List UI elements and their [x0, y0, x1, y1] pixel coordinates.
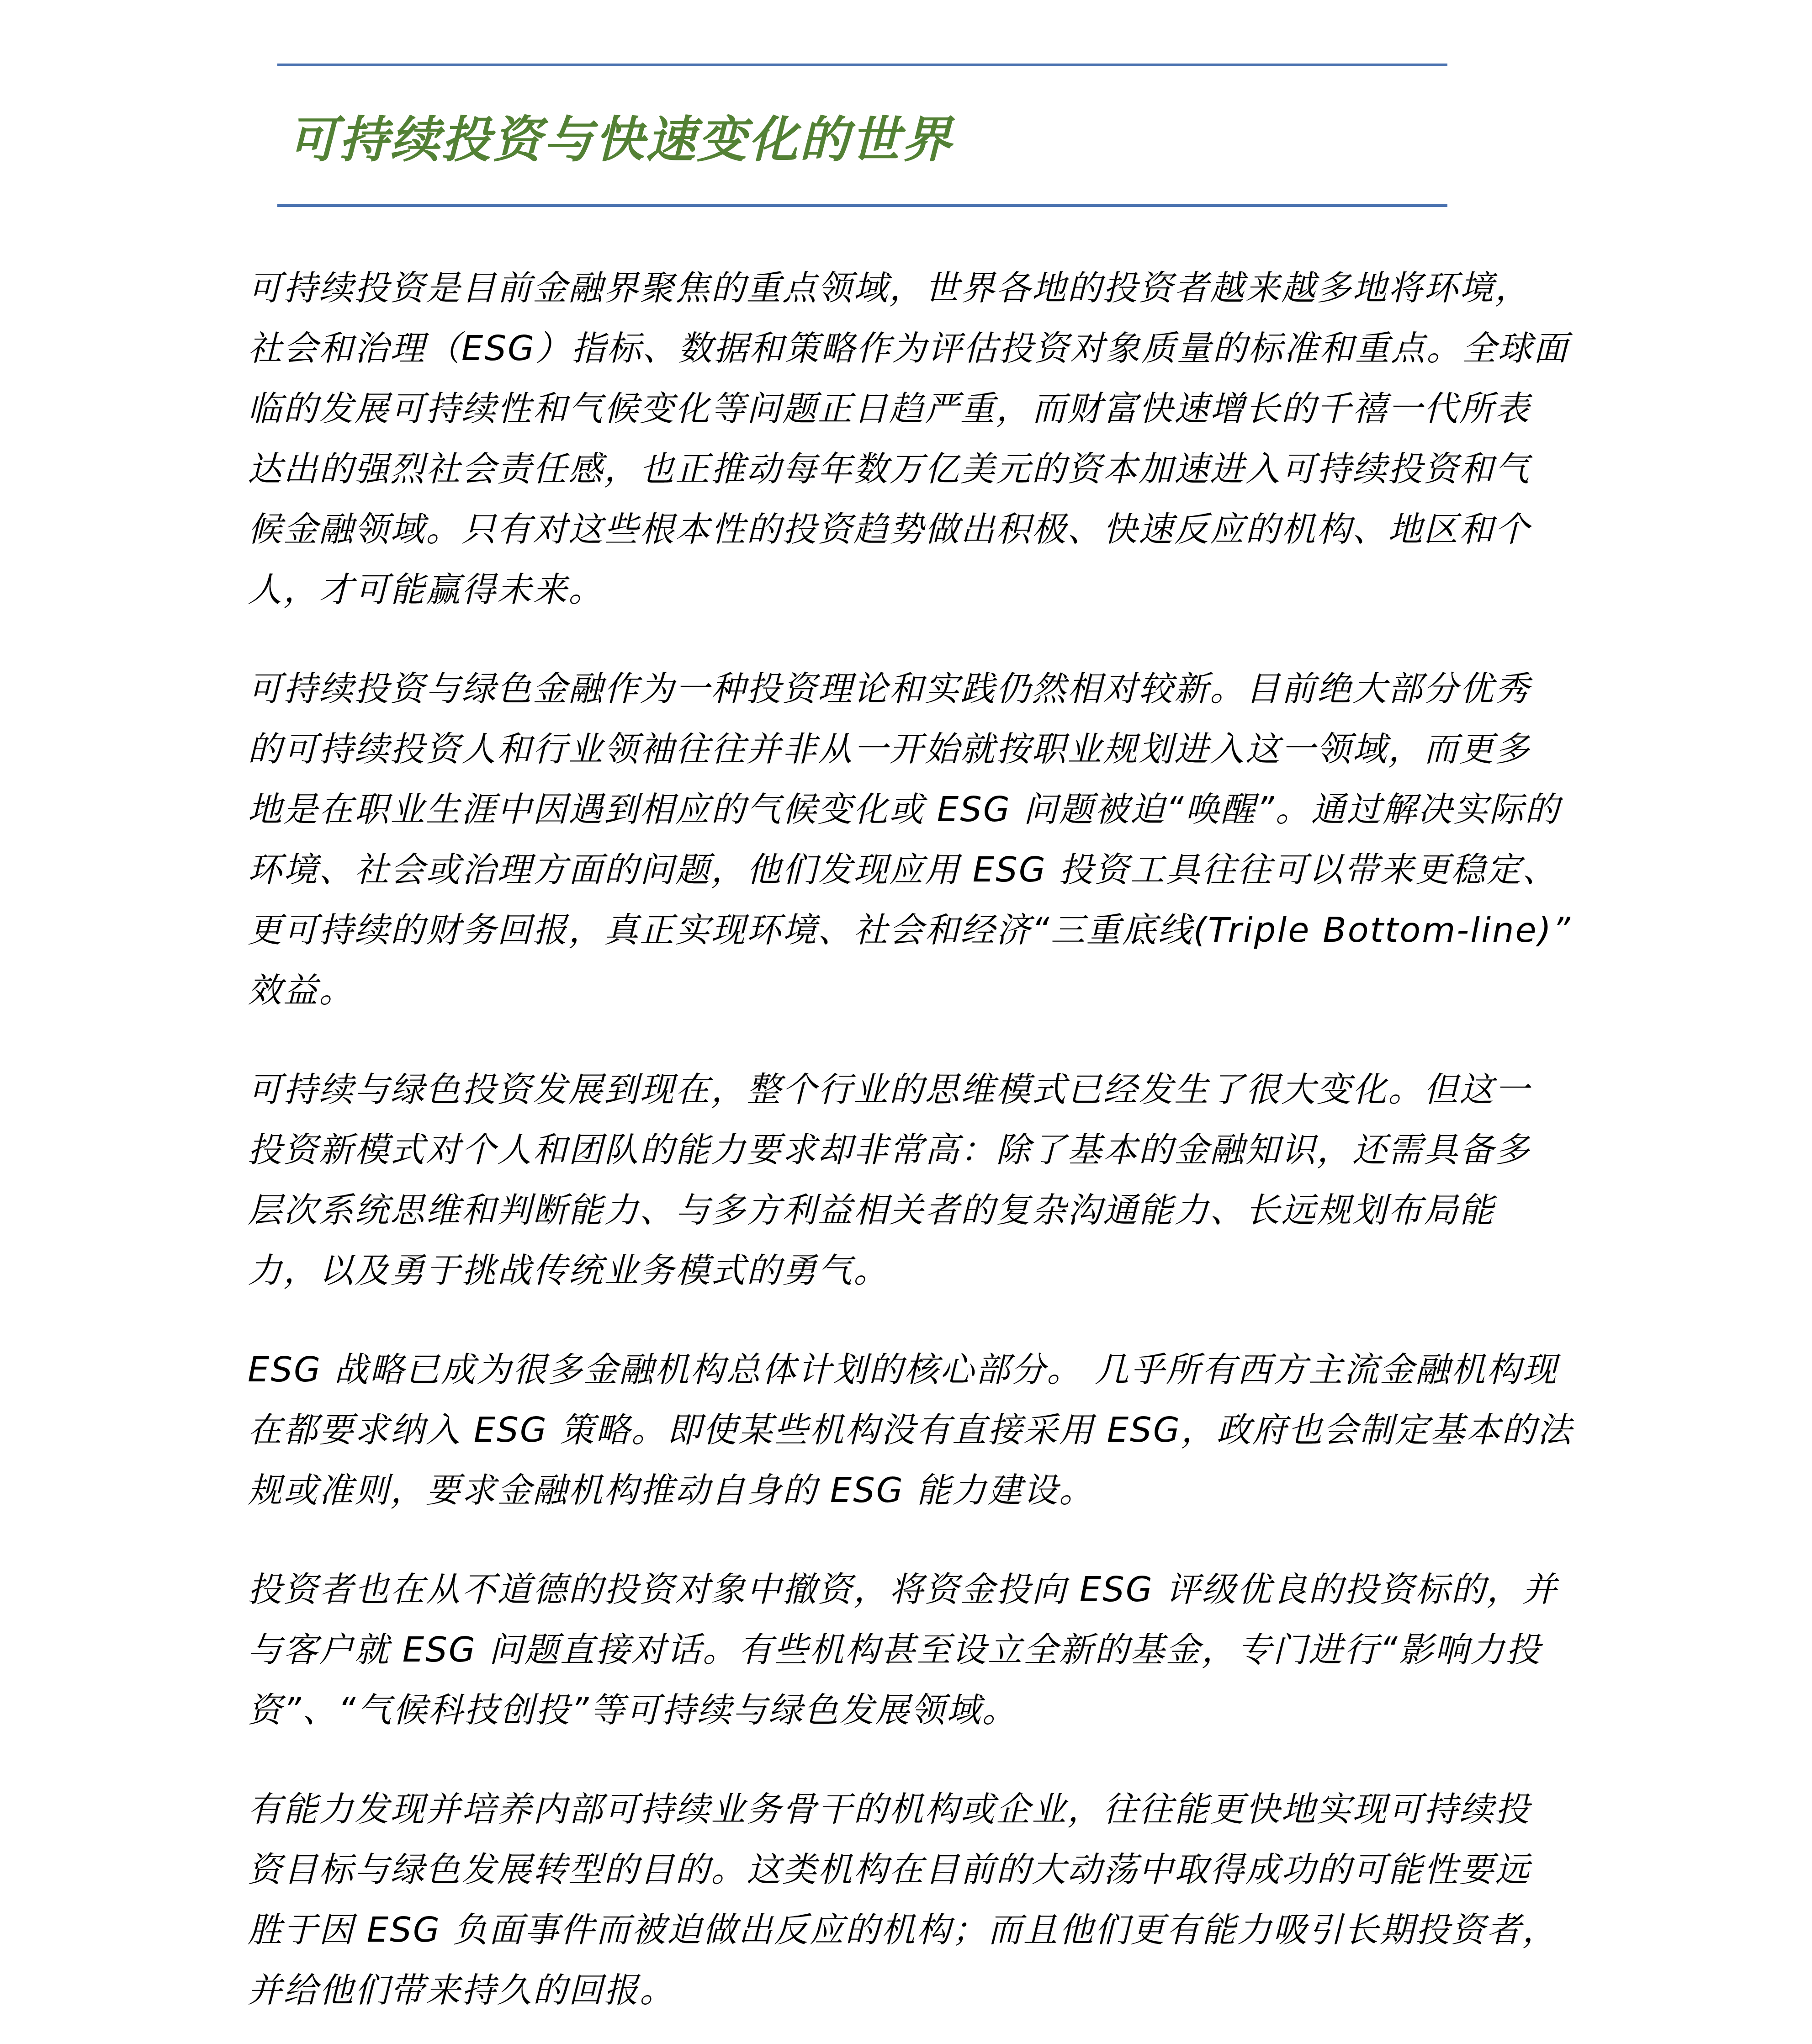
- paragraph-1: 可持续投资是目前金融界聚焦的重点领域，世界各地的投资者越来越多地将环境， 社会和…: [248, 258, 1563, 620]
- text-line: 效益。: [248, 960, 1563, 1020]
- text-line: 环境、社会或治理方面的问题，他们发现应用 ESG 投资工具往往可以带来更稳定、: [248, 839, 1563, 900]
- text-line: 投资者也在从不道德的投资对象中撤资，将资金投向 ESG 评级优良的投资标的，并: [248, 1559, 1563, 1619]
- paragraph-6: 有能力发现并培养内部可持续业务骨干的机构或企业，往往能更快地实现可持续投 资目标…: [248, 1779, 1563, 2020]
- text-line: 资目标与绿色发展转型的目的。这类机构在目前的大动荡中取得成功的可能性要远: [248, 1839, 1563, 1900]
- text-line: 社会和治理（ESG）指标、数据和策略作为评估投资对象质量的标准和重点。全球面: [248, 318, 1563, 378]
- text-line: 在都要求纳入 ESG 策略。即使某些机构没有直接采用 ESG，政府也会制定基本的…: [248, 1400, 1563, 1460]
- text-line: 达出的强烈社会责任感，也正推动每年数万亿美元的资本加速进入可持续投资和气: [248, 439, 1563, 499]
- paragraph-2: 可持续投资与绿色金融作为一种投资理论和实践仍然相对较新。目前绝大部分优秀 的可持…: [248, 658, 1563, 1020]
- text-line: 的可持续投资人和行业领袖往往并非从一开始就按职业规划进入这一领域，而更多: [248, 719, 1563, 779]
- text-line: 人，才可能赢得未来。: [248, 559, 1563, 620]
- text-line: 更可持续的财务回报，真正实现环境、社会和经济“三重底线(Triple Botto…: [248, 900, 1563, 960]
- paragraph-4: ESG 战略已成为很多金融机构总体计划的核心部分。 几乎所有西方主流金融机构现 …: [248, 1339, 1563, 1520]
- text-line: 层次系统思维和判断能力、与多方利益相关者的复杂沟通能力、长远规划布局能: [248, 1180, 1563, 1240]
- title-block: 可持续投资与快速变化的世界: [248, 64, 1563, 207]
- text-line: 与客户就 ESG 问题直接对话。有些机构甚至设立全新的基金，专门进行“影响力投: [248, 1619, 1563, 1680]
- text-line: 胜于因 ESG 负面事件而被迫做出反应的机构；而且他们更有能力吸引长期投资者，: [248, 1900, 1563, 1960]
- text-line: 地是在职业生涯中因遇到相应的气候变化或 ESG 问题被迫“唤醒”。通过解决实际的: [248, 779, 1563, 839]
- text-line: 规或准则，要求金融机构推动自身的 ESG 能力建设。: [248, 1460, 1563, 1520]
- paragraph-3: 可持续与绿色投资发展到现在，整个行业的思维模式已经发生了很大变化。但这一 投资新…: [248, 1059, 1563, 1301]
- text-line: 可持续与绿色投资发展到现在，整个行业的思维模式已经发生了很大变化。但这一: [248, 1059, 1563, 1120]
- text-line: ESG 战略已成为很多金融机构总体计划的核心部分。 几乎所有西方主流金融机构现: [248, 1339, 1563, 1400]
- text-line: 有能力发现并培养内部可持续业务骨干的机构或企业，往往能更快地实现可持续投: [248, 1779, 1563, 1839]
- text-line: 可持续投资与绿色金融作为一种投资理论和实践仍然相对较新。目前绝大部分优秀: [248, 658, 1563, 719]
- text-line: 并给他们带来持久的回报。: [248, 1960, 1563, 2020]
- text-line: 资”、“气候科技创投”等可持续与绿色发展领域。: [248, 1680, 1563, 1740]
- text-line: 投资新模式对个人和团队的能力要求却非常高：除了基本的金融知识，还需具备多: [248, 1120, 1563, 1180]
- document-body: 可持续投资是目前金融界聚焦的重点领域，世界各地的投资者越来越多地将环境， 社会和…: [248, 258, 1563, 2020]
- title-bottom-rule: [277, 204, 1447, 207]
- document-page: 可持续投资与快速变化的世界 可持续投资是目前金融界聚焦的重点领域，世界各地的投资…: [0, 0, 1812, 2044]
- text-line: 力，以及勇于挑战传统业务模式的勇气。: [248, 1240, 1563, 1301]
- paragraph-5: 投资者也在从不道德的投资对象中撤资，将资金投向 ESG 评级优良的投资标的，并 …: [248, 1559, 1563, 1740]
- text-line: 可持续投资是目前金融界聚焦的重点领域，世界各地的投资者越来越多地将环境，: [248, 258, 1563, 318]
- page-title: 可持续投资与快速变化的世界: [288, 66, 1563, 204]
- text-line: 临的发展可持续性和气候变化等问题正日趋严重，而财富快速增长的千禧一代所表: [248, 378, 1563, 439]
- text-line: 候金融领域。只有对这些根本性的投资趋势做出积极、快速反应的机构、地区和个: [248, 499, 1563, 559]
